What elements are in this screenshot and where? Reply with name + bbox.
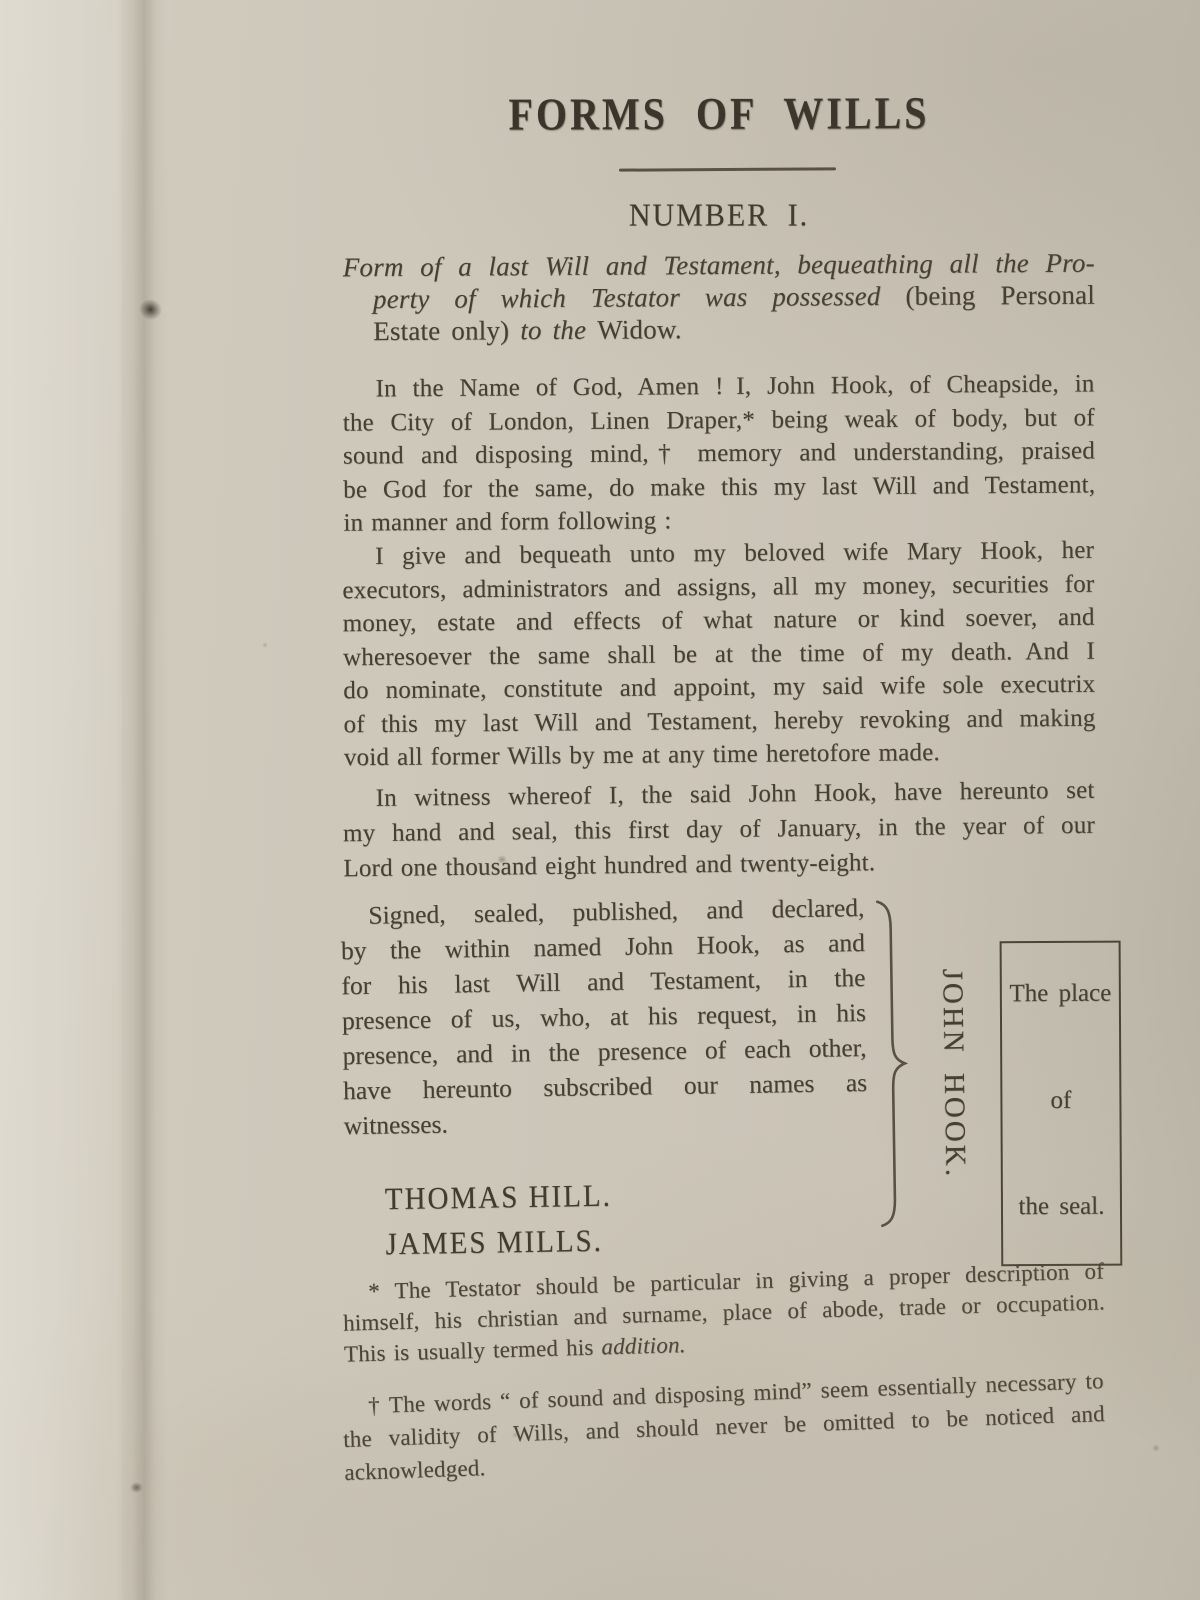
photo-vignette: [0, 0, 1200, 1600]
book-page-photo: FORMS OF WILLS NUMBER I. Form of a last …: [0, 0, 1200, 1600]
